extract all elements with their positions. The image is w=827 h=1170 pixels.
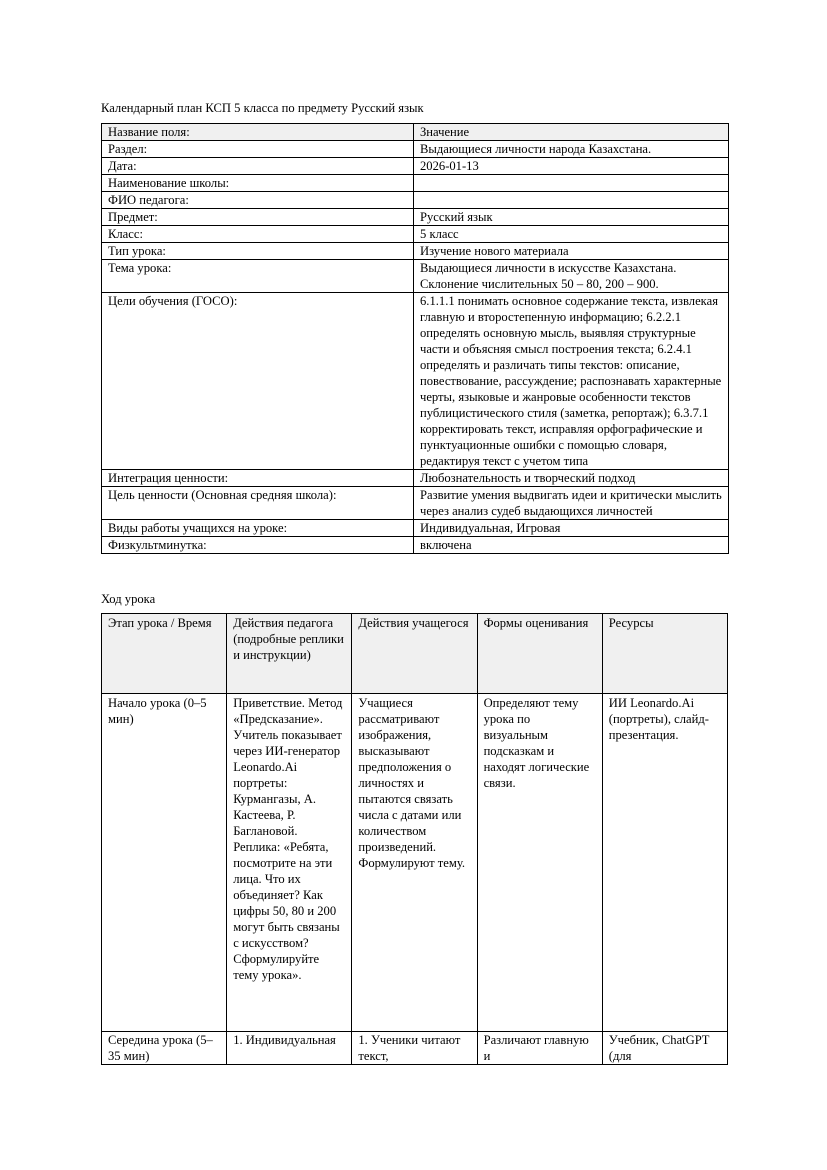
assessment-cell: Определяют тему урока по визуальным подс… (477, 694, 602, 1032)
field-value: Развитие умения выдвигать идеи и критиче… (414, 487, 729, 520)
field-value (414, 175, 729, 192)
teacher-actions-cell: 1. Индивидуальная (227, 1032, 352, 1065)
field-value: Любознательность и творческий подход (414, 470, 729, 487)
table-row: Раздел: Выдающиеся личности народа Казах… (102, 141, 729, 158)
header-value: Значение (414, 124, 729, 141)
student-actions-cell: Учащиеся рассматривают изображения, выск… (352, 694, 477, 1032)
field-value: 5 класс (414, 226, 729, 243)
field-value: 2026-01-13 (414, 158, 729, 175)
header-teacher-actions: Действия педагога (подробные реплики и и… (227, 614, 352, 694)
teacher-actions-cell: Приветствие. Метод «Предсказание». Учите… (227, 694, 352, 1032)
field-value: Выдающиеся личности в искусстве Казахста… (414, 260, 729, 293)
table-row: Физкультминутка: включена (102, 537, 729, 554)
field-value (414, 192, 729, 209)
field-label: Физкультминутка: (102, 537, 414, 554)
table-row: Наименование школы: (102, 175, 729, 192)
table-row: Середина урока (5–35 мин) 1. Индивидуаль… (102, 1032, 728, 1065)
field-label: Тип урока: (102, 243, 414, 260)
lesson-info-table: Название поля: Значение Раздел: Выдающие… (101, 123, 729, 554)
lesson-progress-title: Ход урока (101, 591, 155, 607)
field-value: включена (414, 537, 729, 554)
stage-cell: Середина урока (5–35 мин) (102, 1032, 227, 1065)
header-stage: Этап урока / Время (102, 614, 227, 694)
table-row: Виды работы учащихся на уроке: Индивидуа… (102, 520, 729, 537)
table-row: Предмет: Русский язык (102, 209, 729, 226)
field-label: Предмет: (102, 209, 414, 226)
field-label: Тема урока: (102, 260, 414, 293)
field-label: Виды работы учащихся на уроке: (102, 520, 414, 537)
table-row: Тема урока: Выдающиеся личности в искусс… (102, 260, 729, 293)
field-label: Цель ценности (Основная средняя школа): (102, 487, 414, 520)
resources-cell: ИИ Leonardo.Ai (портреты), слайд-презент… (602, 694, 727, 1032)
table-row: Цели обучения (ГОСО): 6.1.1.1 понимать о… (102, 293, 729, 470)
table-row: Цель ценности (Основная средняя школа): … (102, 487, 729, 520)
student-actions-cell: 1. Ученики читают текст, (352, 1032, 477, 1065)
field-value: Русский язык (414, 209, 729, 226)
table-row: Тип урока: Изучение нового материала (102, 243, 729, 260)
table-header-row: Название поля: Значение (102, 124, 729, 141)
field-value: Выдающиеся личности народа Казахстана. (414, 141, 729, 158)
table-row: Дата: 2026-01-13 (102, 158, 729, 175)
field-label: Интеграция ценности: (102, 470, 414, 487)
field-value: Изучение нового материала (414, 243, 729, 260)
lesson-progress-table: Этап урока / Время Действия педагога (по… (101, 613, 728, 1065)
table-row: ФИО педагога: (102, 192, 729, 209)
header-assessment: Формы оценивания (477, 614, 602, 694)
field-label: Класс: (102, 226, 414, 243)
assessment-cell: Различают главную и (477, 1032, 602, 1065)
field-label: Цели обучения (ГОСО): (102, 293, 414, 470)
stage-cell: Начало урока (0–5 мин) (102, 694, 227, 1032)
header-resources: Ресурсы (602, 614, 727, 694)
table-header-row: Этап урока / Время Действия педагога (по… (102, 614, 728, 694)
document-title: Календарный план КСП 5 класса по предмет… (101, 100, 424, 116)
table-row: Класс: 5 класс (102, 226, 729, 243)
field-label: Дата: (102, 158, 414, 175)
header-field: Название поля: (102, 124, 414, 141)
field-label: Наименование школы: (102, 175, 414, 192)
field-value: 6.1.1.1 понимать основное содержание тек… (414, 293, 729, 470)
field-value: Индивидуальная, Игровая (414, 520, 729, 537)
table-row: Интеграция ценности: Любознательность и … (102, 470, 729, 487)
table-row: Начало урока (0–5 мин) Приветствие. Мето… (102, 694, 728, 1032)
header-student-actions: Действия учащегося (352, 614, 477, 694)
field-label: ФИО педагога: (102, 192, 414, 209)
field-label: Раздел: (102, 141, 414, 158)
resources-cell: Учебник, ChatGPT (для (602, 1032, 727, 1065)
